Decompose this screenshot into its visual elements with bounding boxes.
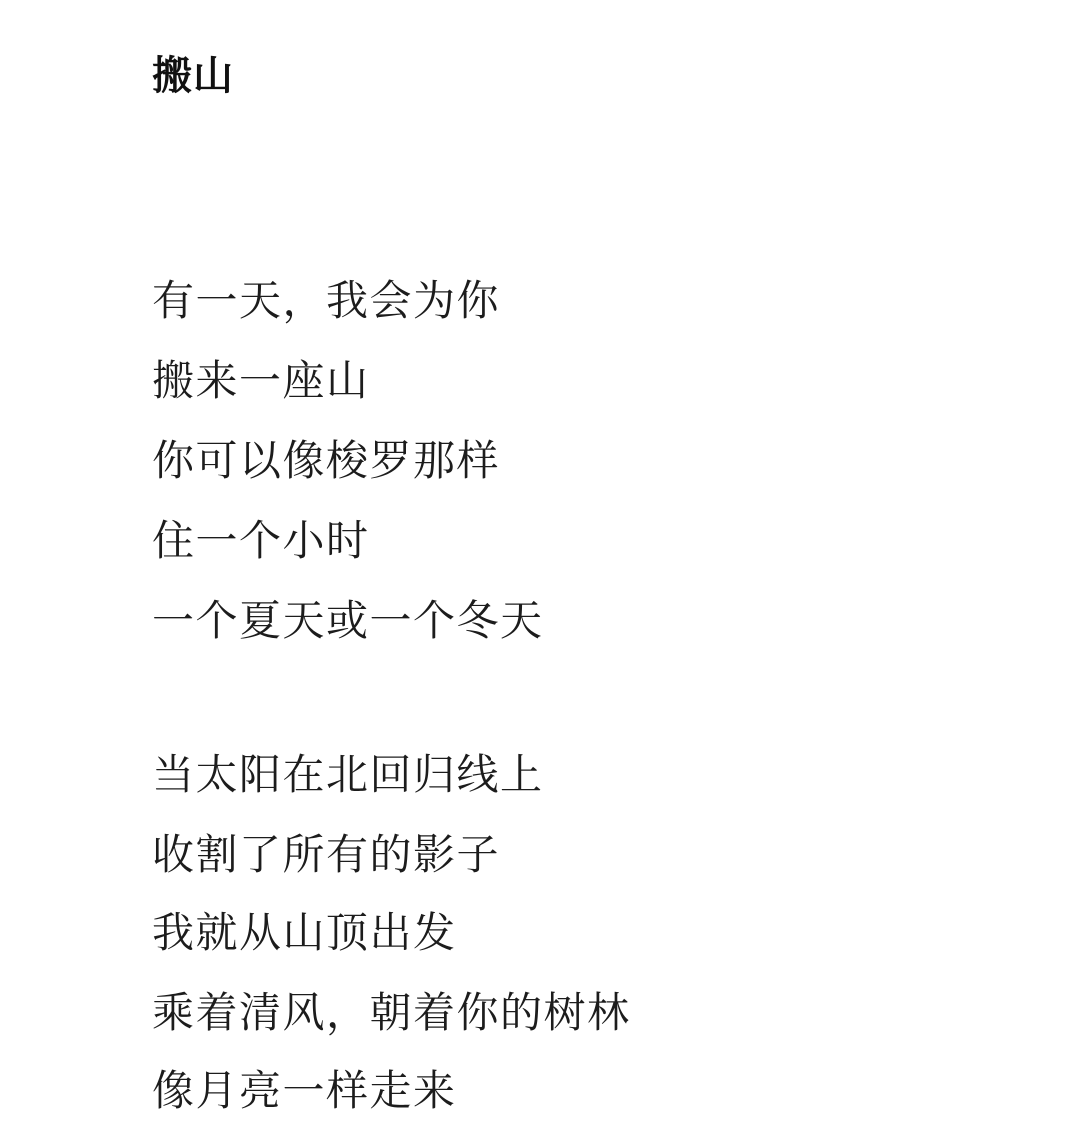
poem-line: 乘着清风，朝着你的树林: [152, 988, 631, 1038]
poem-title: 搬山: [152, 52, 234, 100]
poem-line: 住一个小时: [152, 516, 370, 566]
poem-line: 你可以像梭罗那样: [152, 436, 500, 486]
poem-line: 我就从山顶出发: [152, 908, 457, 958]
poem-line: 一个夏天或一个冬天: [152, 596, 544, 646]
poem-line: 搬来一座山: [152, 356, 370, 406]
poem-line: 收割了所有的影子: [152, 830, 500, 880]
poem-line: 像月亮一样走来: [152, 1066, 457, 1116]
poem-line: 当太阳在北回归线上: [152, 750, 544, 800]
poem-line: 有一天，我会为你: [152, 276, 500, 326]
